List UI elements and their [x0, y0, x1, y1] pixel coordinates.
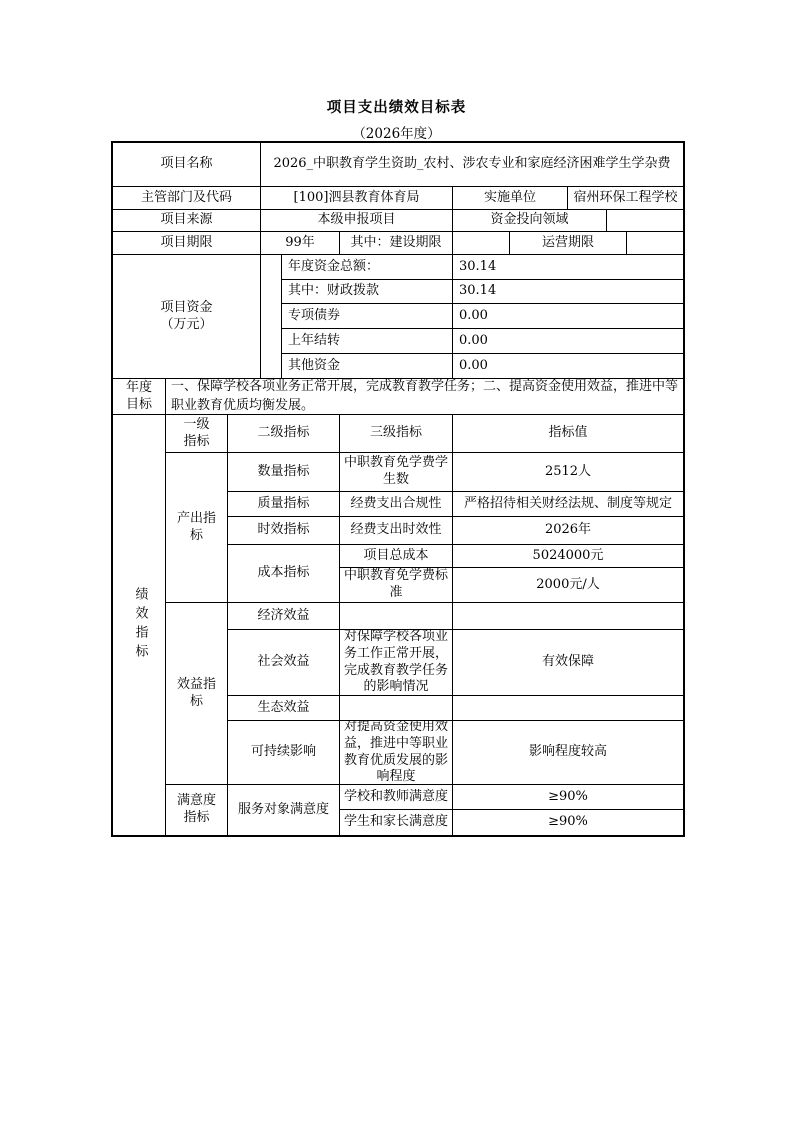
project-funds-label: 项目资金（万元） [161, 300, 213, 334]
document-subtitle: （2026年度） [0, 122, 793, 142]
other-funds-label-cell: 其他资金 [282, 354, 453, 379]
operate-period-value-cell [627, 232, 683, 255]
impl-unit-value-cell: 宿州环保工程学校 [568, 187, 683, 210]
impl-unit-label-cell: 实施单位 [453, 187, 568, 210]
dept-code-label-cell: 主管部门及代码 [113, 187, 261, 210]
operate-period-label-cell: 运营期限 [510, 232, 627, 255]
social-benefit-name-cell: 对保障学校各项业务工作正常开展，完成教育教学任务的影响情况 [340, 630, 453, 696]
teacher-satisfaction-name-cell: 学校和教师满意度 [340, 785, 453, 810]
project-period-label-cell: 项目期限 [113, 232, 261, 255]
header-level1-cell: 一级指标 [166, 415, 228, 453]
economic-benefit-label-cell: 经济效益 [228, 603, 340, 630]
quantity-indicator-label-cell: 数量指标 [228, 453, 340, 492]
project-name-label-cell: 项目名称 [113, 143, 261, 187]
service-satisfaction-label-cell: 服务对象满意度 [228, 785, 340, 835]
performance-target-table: 项目名称 2026_中职教育学生资助_农村、涉农专业和家庭经济困难学生学杂费 主… [111, 141, 685, 837]
cost-indicator-label-cell: 成本指标 [228, 545, 340, 603]
sustainability-label-cell: 可持续影响 [228, 721, 340, 785]
eco-benefit-value-cell [453, 696, 683, 721]
fund-area-value-cell [607, 210, 683, 232]
economic-benefit-value-cell [453, 603, 683, 630]
perf-indicator-section-label: 绩效指标 [131, 587, 148, 663]
project-name-value-cell: 2026_中职教育学生资助_农村、涉农专业和家庭经济困难学生学杂费 [261, 143, 683, 187]
total-cost-value-cell: 5024000元 [453, 545, 683, 568]
header-level2-cell: 二级指标 [228, 415, 340, 453]
header-value-cell: 指标值 [453, 415, 683, 453]
carryover-label-cell: 上年结转 [282, 329, 453, 354]
output-group-label: 产出指标 [177, 511, 216, 545]
fiscal-allocation-value-cell: 30.14 [453, 280, 683, 304]
benefit-group-label: 效益指标 [177, 677, 216, 711]
quality-indicator-label-cell: 质量指标 [228, 492, 340, 517]
quality-indicator-value-cell: 严格招待相关财经法规、制度等规定 [453, 492, 683, 517]
eco-benefit-name-cell [340, 696, 453, 721]
fiscal-allocation-label-cell: 其中：财政拨款 [282, 280, 453, 304]
perf-indicator-section-cell: 绩效指标 [113, 415, 166, 835]
sustainability-name-cell: 对提高资金使用效益，推进中等职业教育优质发展的影响程度 [340, 721, 453, 785]
carryover-value-cell: 0.00 [453, 329, 683, 354]
build-period-label-cell: 其中：建设期限 [340, 232, 453, 255]
funds-spacer-cell [261, 255, 282, 379]
project-period-value-cell: 99年 [261, 232, 340, 255]
eco-benefit-label-cell: 生态效益 [228, 696, 340, 721]
teacher-satisfaction-value-cell: ≥90% [453, 785, 683, 810]
timeliness-indicator-label-cell: 时效指标 [228, 517, 340, 545]
annual-goal-label-cell: 年度目标 [113, 379, 166, 415]
social-benefit-label-cell: 社会效益 [228, 630, 340, 696]
tuition-standard-value-cell: 2000元/人 [453, 568, 683, 603]
timeliness-indicator-value-cell: 2026年 [453, 517, 683, 545]
project-source-value-cell: 本级申报项目 [261, 210, 453, 232]
annual-total-label-cell: 年度资金总额： [282, 255, 453, 280]
satisfaction-group-label: 满意度指标 [177, 793, 216, 827]
output-group-cell: 产出指标 [166, 453, 228, 603]
page: 项目支出绩效目标表 （2026年度） 项目名称 2026_中职教育学生资助_农村… [0, 0, 793, 1122]
dept-code-value-cell: [100]泗县教育体育局 [261, 187, 453, 210]
tuition-standard-name-cell: 中职教育免学费标准 [340, 568, 453, 603]
social-benefit-value-cell: 有效保障 [453, 630, 683, 696]
header-level3-cell: 三级指标 [340, 415, 453, 453]
special-bond-label-cell: 专项债券 [282, 304, 453, 329]
benefit-group-cell: 效益指标 [166, 603, 228, 785]
student-satisfaction-name-cell: 学生和家长满意度 [340, 810, 453, 835]
quantity-indicator-value-cell: 2512人 [453, 453, 683, 492]
annual-total-value-cell: 30.14 [453, 255, 683, 280]
satisfaction-group-cell: 满意度指标 [166, 785, 228, 835]
timeliness-indicator-name-cell: 经费支出时效性 [340, 517, 453, 545]
annual-goal-text-cell: 一、保障学校各项业务正常开展，完成教育教学任务；二、提高资金使用效益，推进中等职… [166, 379, 683, 415]
build-period-value-cell [453, 232, 510, 255]
other-funds-value-cell: 0.00 [453, 354, 683, 379]
fund-area-label-cell: 资金投向领域 [453, 210, 607, 232]
total-cost-name-cell: 项目总成本 [340, 545, 453, 568]
student-satisfaction-value-cell: ≥90% [453, 810, 683, 835]
document-title: 项目支出绩效目标表 [0, 96, 793, 117]
quality-indicator-name-cell: 经费支出合规性 [340, 492, 453, 517]
project-source-label-cell: 项目来源 [113, 210, 261, 232]
economic-benefit-name-cell [340, 603, 453, 630]
header-level1-label: 一级指标 [184, 417, 210, 451]
quantity-indicator-name-cell: 中职教育免学费学生数 [340, 453, 453, 492]
annual-goal-label: 年度目标 [126, 380, 152, 414]
project-funds-label-cell: 项目资金（万元） [113, 255, 261, 379]
special-bond-value-cell: 0.00 [453, 304, 683, 329]
sustainability-value-cell: 影响程度较高 [453, 721, 683, 785]
